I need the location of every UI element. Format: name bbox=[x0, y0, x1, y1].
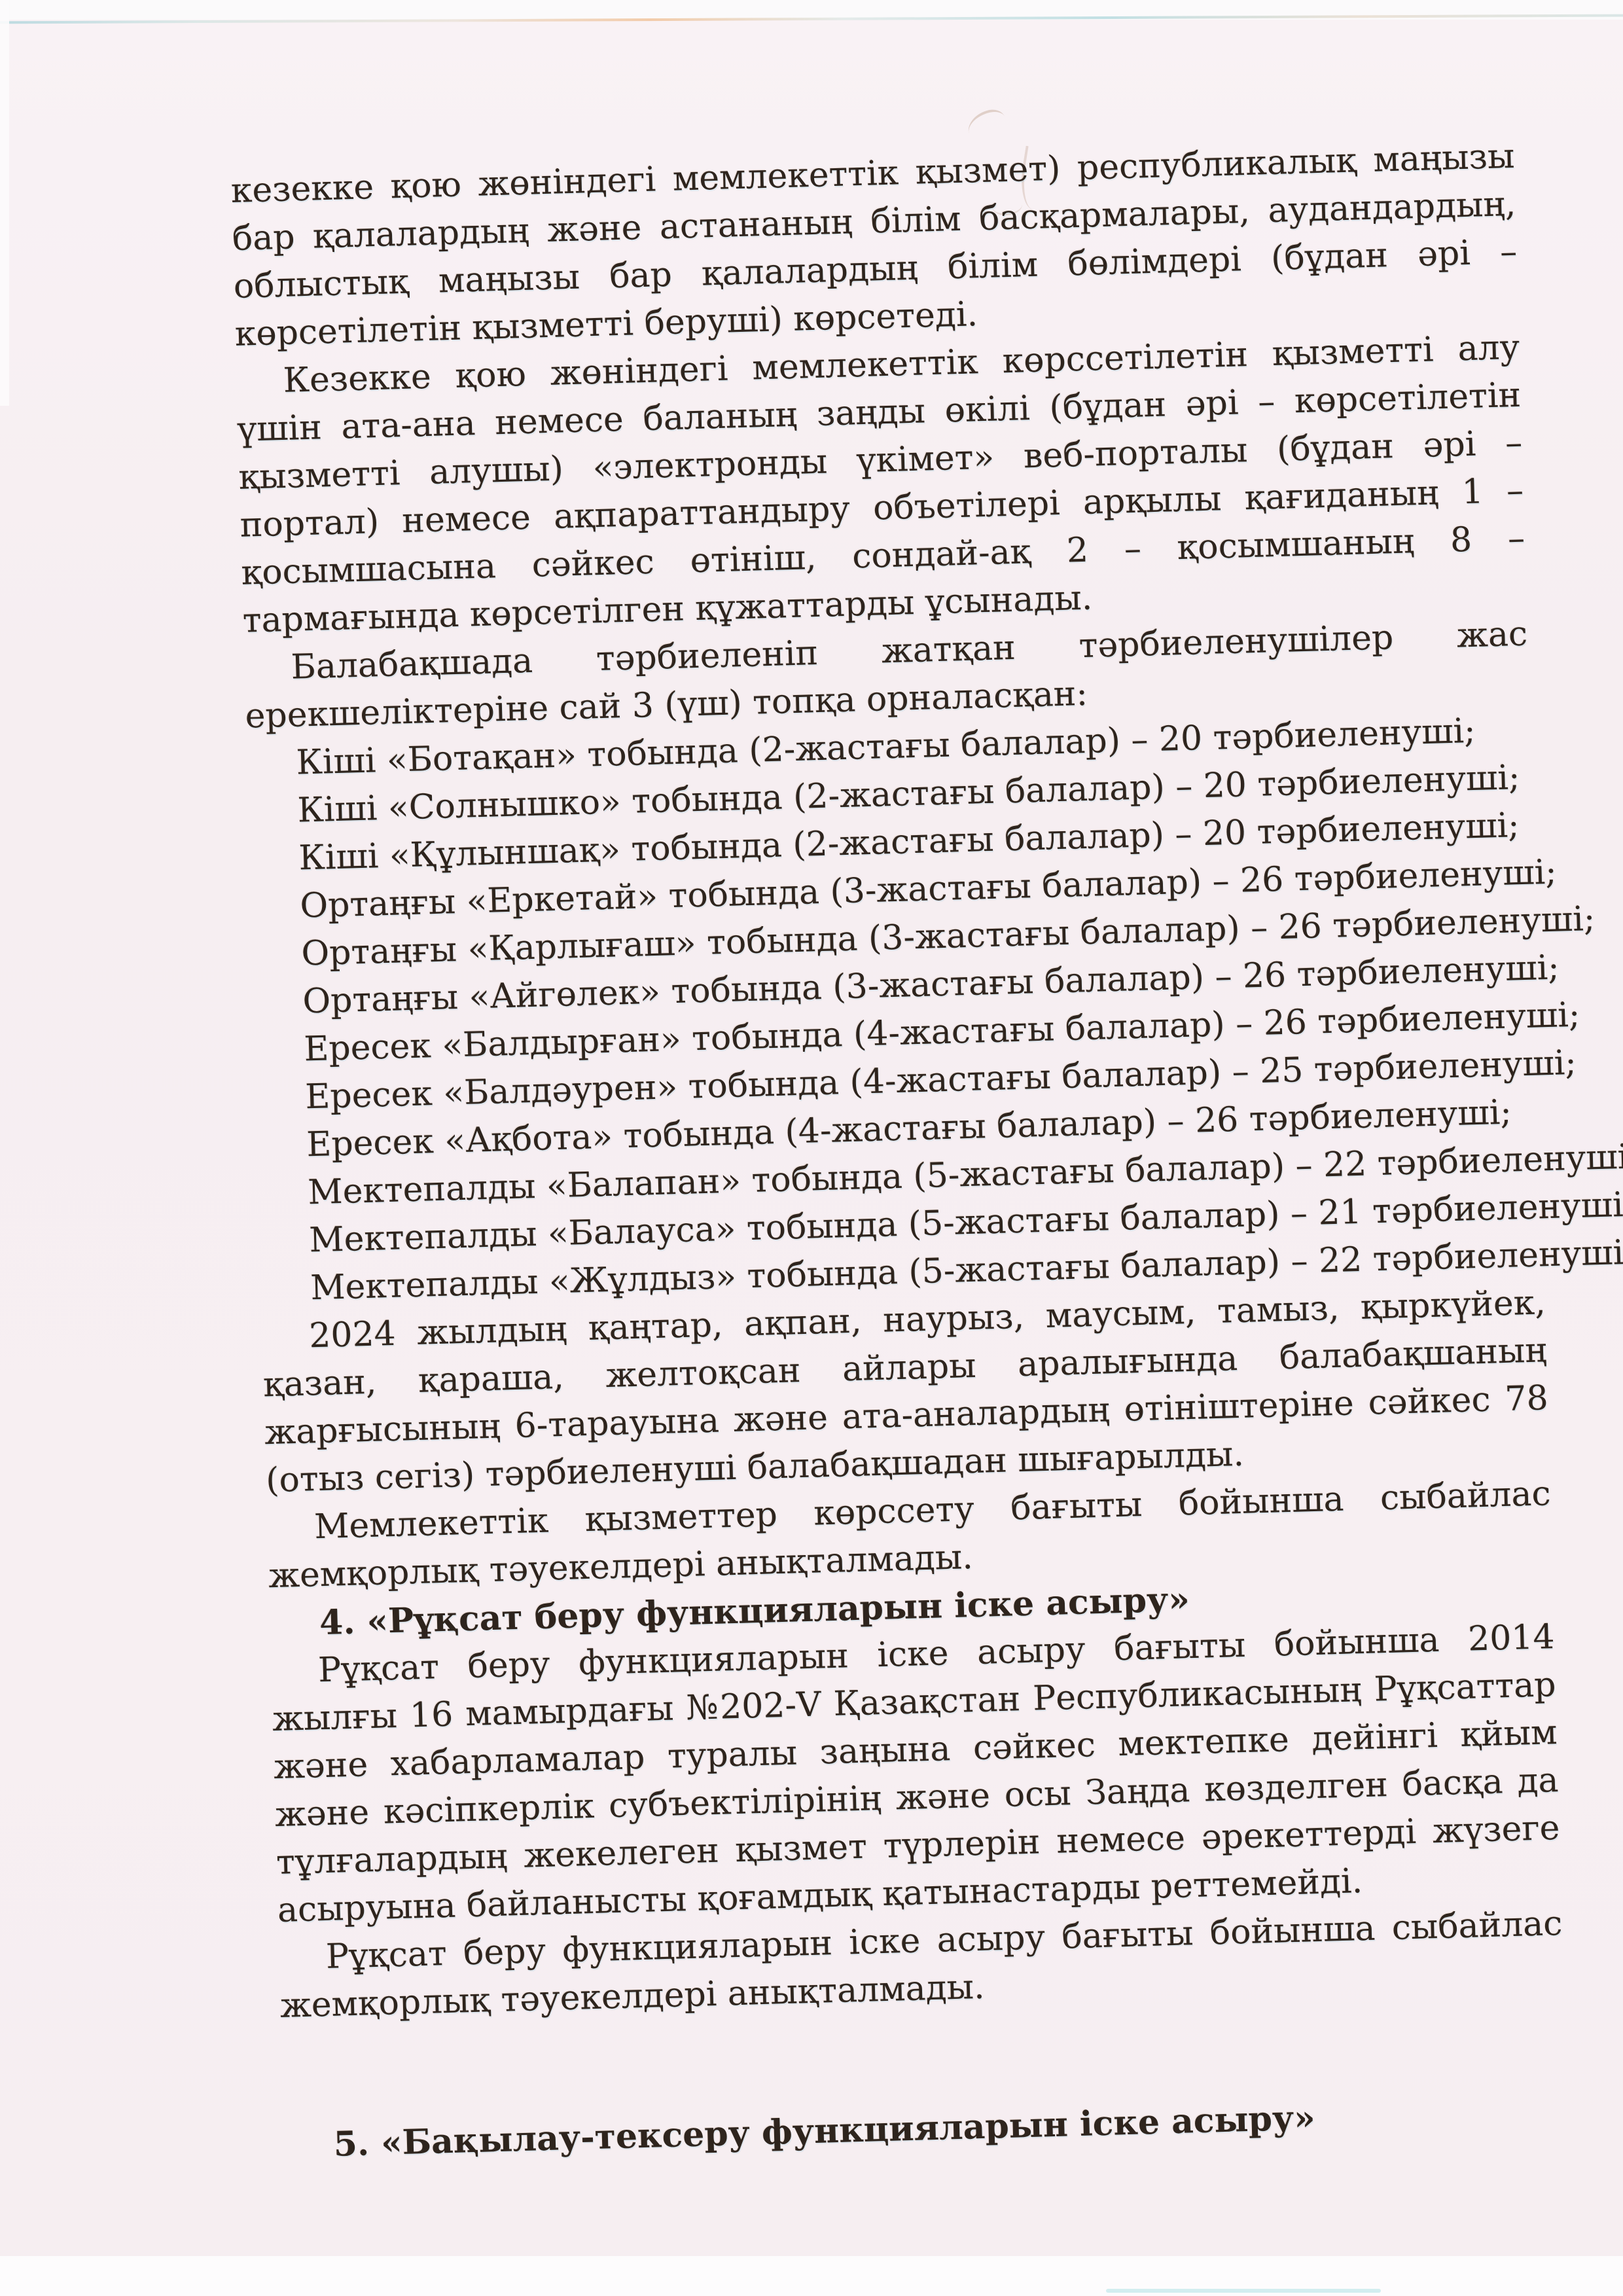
paragraph: Рұқсат беру функцияларын іске асыру бағы… bbox=[270, 1613, 1561, 1935]
paragraph: Кезекке қою жөніндегі мемлекеттік көрссе… bbox=[236, 324, 1527, 645]
scan-left-edge bbox=[0, 0, 9, 406]
paragraph: кезекке қою жөніндегі мемлекеттік қызмет… bbox=[230, 133, 1519, 359]
scan-bottom-artifact bbox=[1106, 2289, 1381, 2293]
document-text-block: кезекке қою жөніндегі мемлекеттік қызмет… bbox=[230, 133, 1568, 2170]
paragraph: 2024 жылдың қаңтар, ақпан, наурыз, маусы… bbox=[261, 1279, 1550, 1505]
scanned-page: кезекке қою жөніндегі мемлекеттік қызмет… bbox=[0, 0, 1623, 2296]
